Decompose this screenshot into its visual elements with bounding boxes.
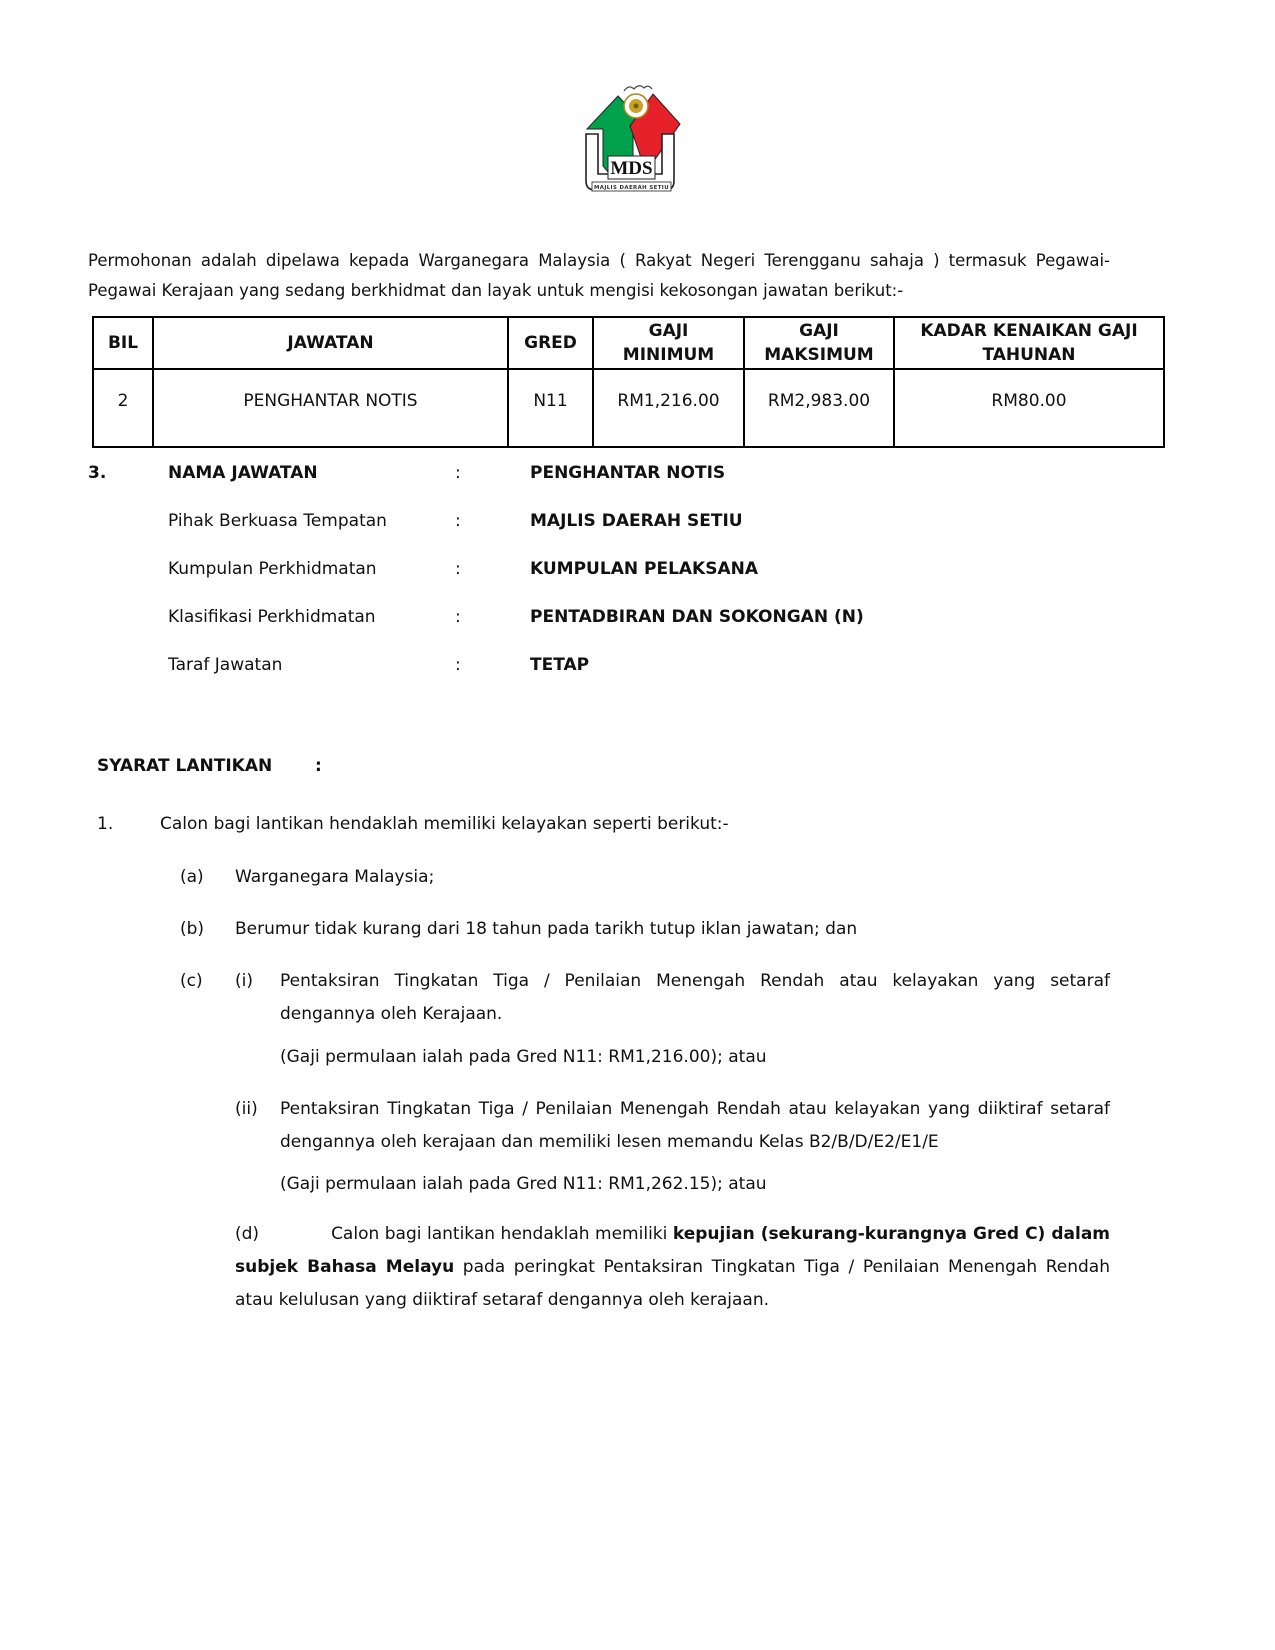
header-kadar-kenaikan: KADAR KENAIKAN GAJI TAHUNAN (894, 317, 1164, 369)
spacer (88, 511, 168, 532)
cell-kadar-kenaikan: RM80.00 (894, 369, 1164, 447)
logo-acronym: MDS (610, 158, 652, 179)
item-1-number: 1. (97, 808, 160, 841)
logo-crest-dot (634, 104, 639, 109)
detail-separator: : (455, 559, 530, 580)
sub-c-marker: (c) (180, 965, 235, 998)
mds-logo-graphic: MDS MAJLIS DAERAH SETIU (574, 82, 686, 200)
cell-jawatan: PENGHANTAR NOTIS (153, 369, 508, 447)
intro-paragraph: Permohonan adalah dipelawa kepada Wargan… (88, 246, 1110, 306)
sub-a-text: Warganegara Malaysia; (235, 861, 434, 894)
header-gaji-minimum: GAJI MINIMUM (593, 317, 744, 369)
mds-logo: MDS MAJLIS DAERAH SETIU (574, 82, 686, 200)
detail-separator: : (455, 463, 530, 484)
detail-value-pihak-berkuasa: MAJLIS DAERAH SETIU (530, 511, 864, 532)
sub-b-text: Berumur tidak kurang dari 18 tahun pada … (235, 913, 857, 946)
spacer (88, 559, 168, 580)
cell-gaji-maksimum: RM2,983.00 (744, 369, 894, 447)
salary-note-1: (Gaji permulaan ialah pada Gred N11: RM1… (280, 1041, 767, 1074)
requirement-sub-c-i: (c) (i) Pentaksiran Tingkatan Tiga / Pen… (180, 965, 1110, 1031)
sub-c-ii-text: Pentaksiran Tingkatan Tiga / Penilaian M… (280, 1093, 1110, 1159)
detail-label-kumpulan: Kumpulan Perkhidmatan (168, 559, 455, 580)
detail-label-klasifikasi: Klasifikasi Perkhidmatan (168, 607, 455, 628)
spacer (88, 607, 168, 628)
detail-value-taraf: TETAP (530, 655, 864, 676)
detail-label-pihak-berkuasa: Pihak Berkuasa Tempatan (168, 511, 455, 532)
header-gred: GRED (508, 317, 593, 369)
cell-bil: 2 (93, 369, 153, 447)
section-number: 3. (88, 463, 168, 484)
table-row: 2 PENGHANTAR NOTIS N11 RM1,216.00 RM2,98… (93, 369, 1164, 447)
detail-label-nama-jawatan: NAMA JAWATAN (168, 463, 455, 484)
logo-arabic-script (624, 86, 652, 91)
detail-separator: : (455, 511, 530, 532)
sub-b-marker: (b) (180, 913, 235, 946)
header-bil: BIL (93, 317, 153, 369)
header-gaji-maksimum: GAJI MAKSIMUM (744, 317, 894, 369)
detail-value-nama-jawatan: PENGHANTAR NOTIS (530, 463, 864, 484)
requirements-heading: SYARAT LANTIKAN: (97, 755, 322, 777)
item-1-text: Calon bagi lantikan hendaklah memiliki k… (160, 814, 729, 834)
sub-d-text-1: Calon bagi lantikan hendaklah memiliki (331, 1224, 673, 1244)
job-details-section: 3. NAMA JAWATAN : PENGHANTAR NOTIS Pihak… (88, 463, 864, 676)
requirement-sub-c-ii: (ii) Pentaksiran Tingkatan Tiga / Penila… (235, 1093, 1110, 1159)
sub-c-i-text: Pentaksiran Tingkatan Tiga / Penilaian M… (280, 965, 1110, 1031)
salary-note-2: (Gaji permulaan ialah pada Gred N11: RM1… (280, 1168, 767, 1201)
detail-value-kumpulan: KUMPULAN PELAKSANA (530, 559, 864, 580)
vacancy-table: BIL JAWATAN GRED GAJI MINIMUM GAJI MAKSI… (92, 316, 1165, 448)
document-page: MDS MAJLIS DAERAH SETIU Permohonan adala… (0, 0, 1275, 1650)
cell-gred: N11 (508, 369, 593, 447)
detail-separator: : (455, 607, 530, 628)
detail-value-klasifikasi: PENTADBIRAN DAN SOKONGAN (N) (530, 607, 864, 628)
requirement-item-1: 1.Calon bagi lantikan hendaklah memiliki… (97, 808, 729, 841)
vacancy-table-header-row: BIL JAWATAN GRED GAJI MINIMUM GAJI MAKSI… (93, 317, 1164, 369)
requirements-heading-label: SYARAT LANTIKAN (97, 755, 315, 777)
requirement-sub-a: (a) Warganegara Malaysia; (180, 861, 434, 894)
detail-label-taraf: Taraf Jawatan (168, 655, 455, 676)
requirement-sub-d: (d)Calon bagi lantikan hendaklah memilik… (235, 1218, 1110, 1317)
detail-separator: : (455, 655, 530, 676)
header-jawatan: JAWATAN (153, 317, 508, 369)
sub-a-marker: (a) (180, 861, 235, 894)
sub-c-i-marker: (i) (235, 965, 280, 998)
sub-d-marker: (d) (235, 1224, 259, 1244)
cell-gaji-minimum: RM1,216.00 (593, 369, 744, 447)
spacer (88, 655, 168, 676)
requirement-sub-b: (b) Berumur tidak kurang dari 18 tahun p… (180, 913, 857, 946)
sub-c-ii-marker: (ii) (235, 1093, 280, 1126)
logo-org-name: MAJLIS DAERAH SETIU (594, 185, 669, 191)
requirements-heading-separator: : (315, 756, 322, 776)
